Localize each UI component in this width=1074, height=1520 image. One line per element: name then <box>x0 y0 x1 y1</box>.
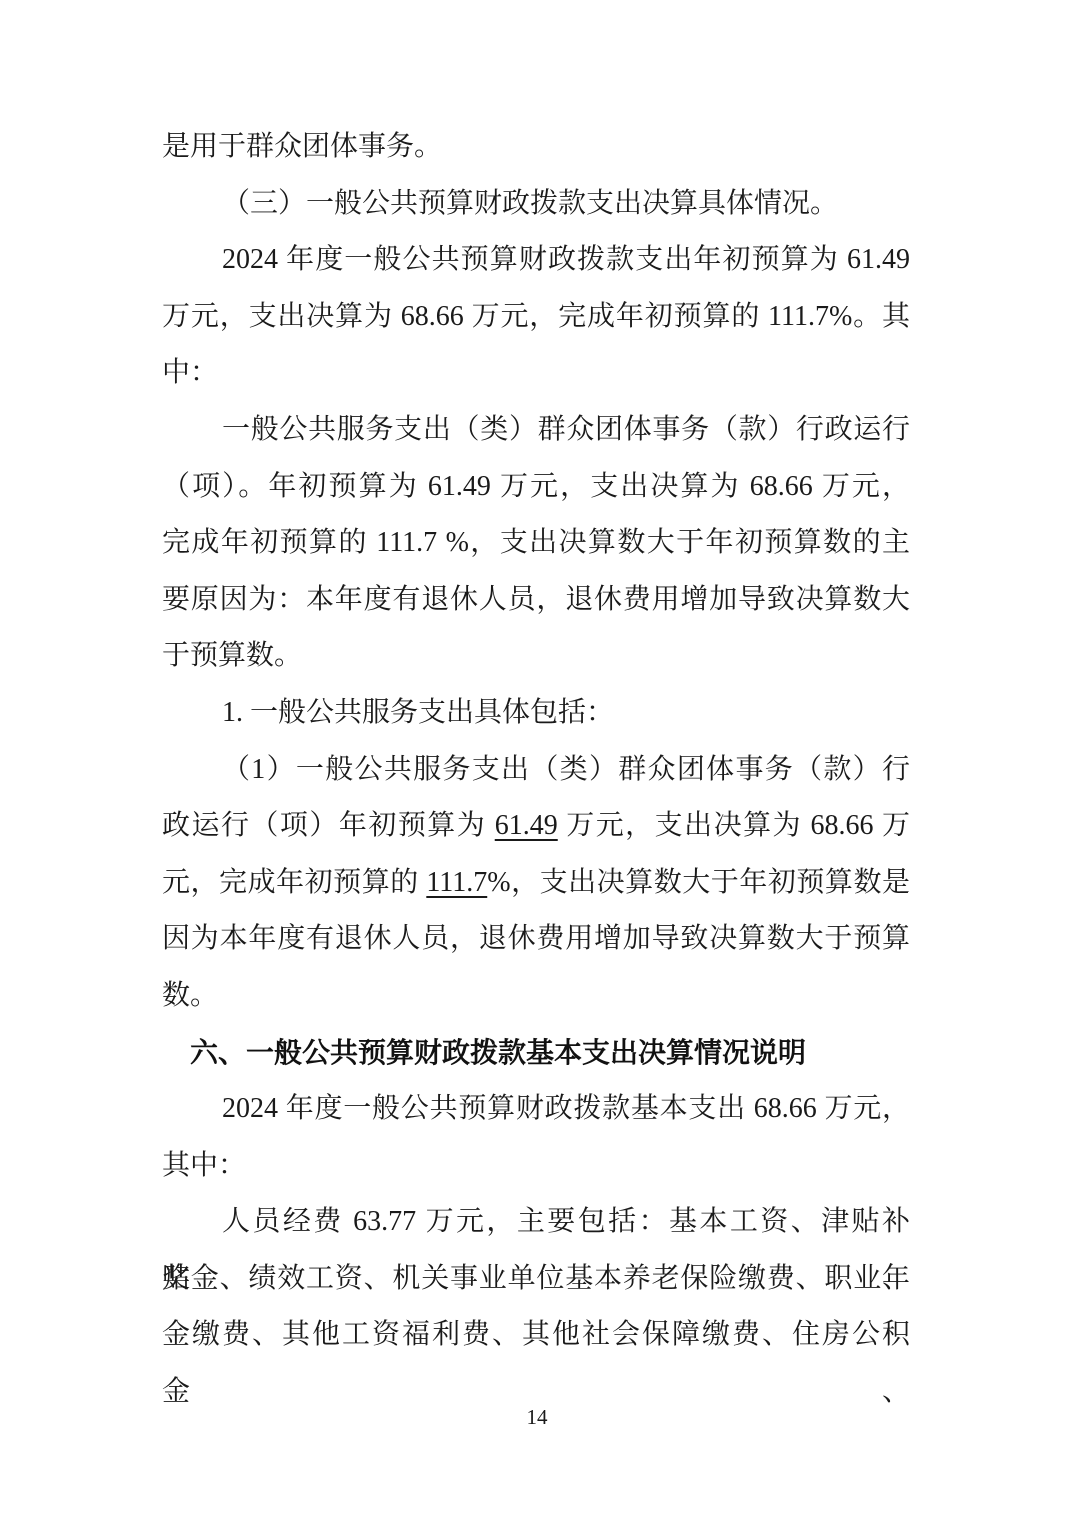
text-segment: 奖金、绩效工资、机关事业单位基本养老保险缴费、职业年 <box>162 1263 910 1294</box>
text-segment: %，支出决算数大于年初预算数是 <box>487 867 910 898</box>
para-general-public-service-line-3: 完成年初预算的 111.7 %，支出决算数大于年初预算数的主 <box>162 515 910 572</box>
para-section-6-heading-line-1: 六、一般公共预算财政拨款基本支出决算情况说明 <box>162 1025 910 1082</box>
document-body: 是用于群众团体事务。（三）一般公共预算财政拨款支出决算具体情况。2024 年度一… <box>162 119 910 1364</box>
text-segment: 一般公共服务支出（类）群众团体事务（款）行政运行 <box>222 414 910 445</box>
text-segment: 因为本年度有退休人员，退休费用增加导致决算数大于预算 <box>162 923 910 954</box>
para-item-1-detail-line-1: （1）一般公共服务支出（类）群众团体事务（款）行 <box>162 742 910 799</box>
text-segment: 万元，支出决算为 68.66 万 <box>558 810 910 841</box>
text-segment: （1）一般公共服务支出（类）群众团体事务（款）行 <box>222 754 910 785</box>
text-segment: 金缴费、其他工资福利费、其他社会保障缴费、住房公积金、 <box>162 1319 910 1407</box>
text-segment: 1. 一般公共服务支出具体包括： <box>222 697 614 728</box>
para-item-1-detail-line-3: 元，完成年初预算的 111.7%，支出决算数大于年初预算数是 <box>162 855 910 912</box>
para-2024-overview-line-2: 万元，支出决算为 68.66 万元，完成年初预算的 111.7%。其 <box>162 289 910 346</box>
para-section-3-heading-line-1: （三）一般公共预算财政拨款支出决算具体情况。 <box>162 176 910 233</box>
para-general-public-service-line-4: 要原因为：本年度有退休人员，退休费用增加导致决算数大 <box>162 572 910 629</box>
text-segment: 于预算数。 <box>162 640 302 671</box>
text-segment: 数。 <box>162 980 218 1011</box>
para-personnel-expense-line-1: 人员经费 63.77 万元，主要包括：基本工资、津贴补贴、 <box>162 1194 910 1251</box>
text-segment: 其中： <box>162 1150 246 1181</box>
para-2024-overview-line-1: 2024 年度一般公共预算财政拨款支出年初预算为 61.49 <box>162 232 910 289</box>
para-general-public-service-line-2: （项）。年初预算为 61.49 万元，支出决算为 68.66 万元， <box>162 459 910 516</box>
text-segment: （三）一般公共预算财政拨款支出决算具体情况。 <box>222 188 838 219</box>
para-personnel-expense-line-3: 金缴费、其他工资福利费、其他社会保障缴费、住房公积金、 <box>162 1307 910 1364</box>
text-segment: 是用于群众团体事务。 <box>162 131 442 162</box>
page-number: 14 <box>527 1405 548 1429</box>
para-2024-overview-line-3: 中： <box>162 345 910 402</box>
para-general-public-service-line-1: 一般公共服务支出（类）群众团体事务（款）行政运行 <box>162 402 910 459</box>
para-item-1-intro-line-1: 1. 一般公共服务支出具体包括： <box>162 685 910 742</box>
text-segment: 要原因为：本年度有退休人员，退休费用增加导致决算数大 <box>162 584 910 615</box>
text-segment: 六、一般公共预算财政拨款基本支出决算情况说明 <box>190 1037 806 1068</box>
underlined-value: 61.49 <box>495 810 558 841</box>
text-segment: （项）。年初预算为 61.49 万元，支出决算为 68.66 万元， <box>162 471 910 502</box>
document-page: 是用于群众团体事务。（三）一般公共预算财政拨款支出决算具体情况。2024 年度一… <box>0 0 1074 1520</box>
para-item-1-detail-line-4: 因为本年度有退休人员，退休费用增加导致决算数大于预算 <box>162 911 910 968</box>
text-segment: 元，完成年初预算的 <box>162 867 426 898</box>
para-item-1-detail-line-5: 数。 <box>162 968 910 1025</box>
para-personnel-expense-line-2: 奖金、绩效工资、机关事业单位基本养老保险缴费、职业年 <box>162 1251 910 1308</box>
text-segment: 万元，支出决算为 68.66 万元，完成年初预算的 111.7%。其 <box>162 301 910 332</box>
para-item-1-detail-line-2: 政运行（项）年初预算为 61.49 万元，支出决算为 68.66 万 <box>162 798 910 855</box>
text-segment: 2024 年度一般公共预算财政拨款支出年初预算为 61.49 <box>222 244 910 275</box>
underlined-value: 111.7 <box>426 867 487 898</box>
para-basic-expense-overview-line-2: 其中： <box>162 1138 910 1195</box>
text-segment: 完成年初预算的 111.7 %，支出决算数大于年初预算数的主 <box>162 527 910 558</box>
para-prev-page-continuation-line-1: 是用于群众团体事务。 <box>162 119 910 176</box>
text-segment: 政运行（项）年初预算为 <box>162 810 495 841</box>
text-segment: 中： <box>162 357 218 388</box>
para-basic-expense-overview-line-1: 2024 年度一般公共预算财政拨款基本支出 68.66 万元， <box>162 1081 910 1138</box>
para-general-public-service-line-5: 于预算数。 <box>162 628 910 685</box>
text-segment: 2024 年度一般公共预算财政拨款基本支出 68.66 万元， <box>222 1093 910 1124</box>
page-footer: 14 <box>0 1402 1074 1432</box>
